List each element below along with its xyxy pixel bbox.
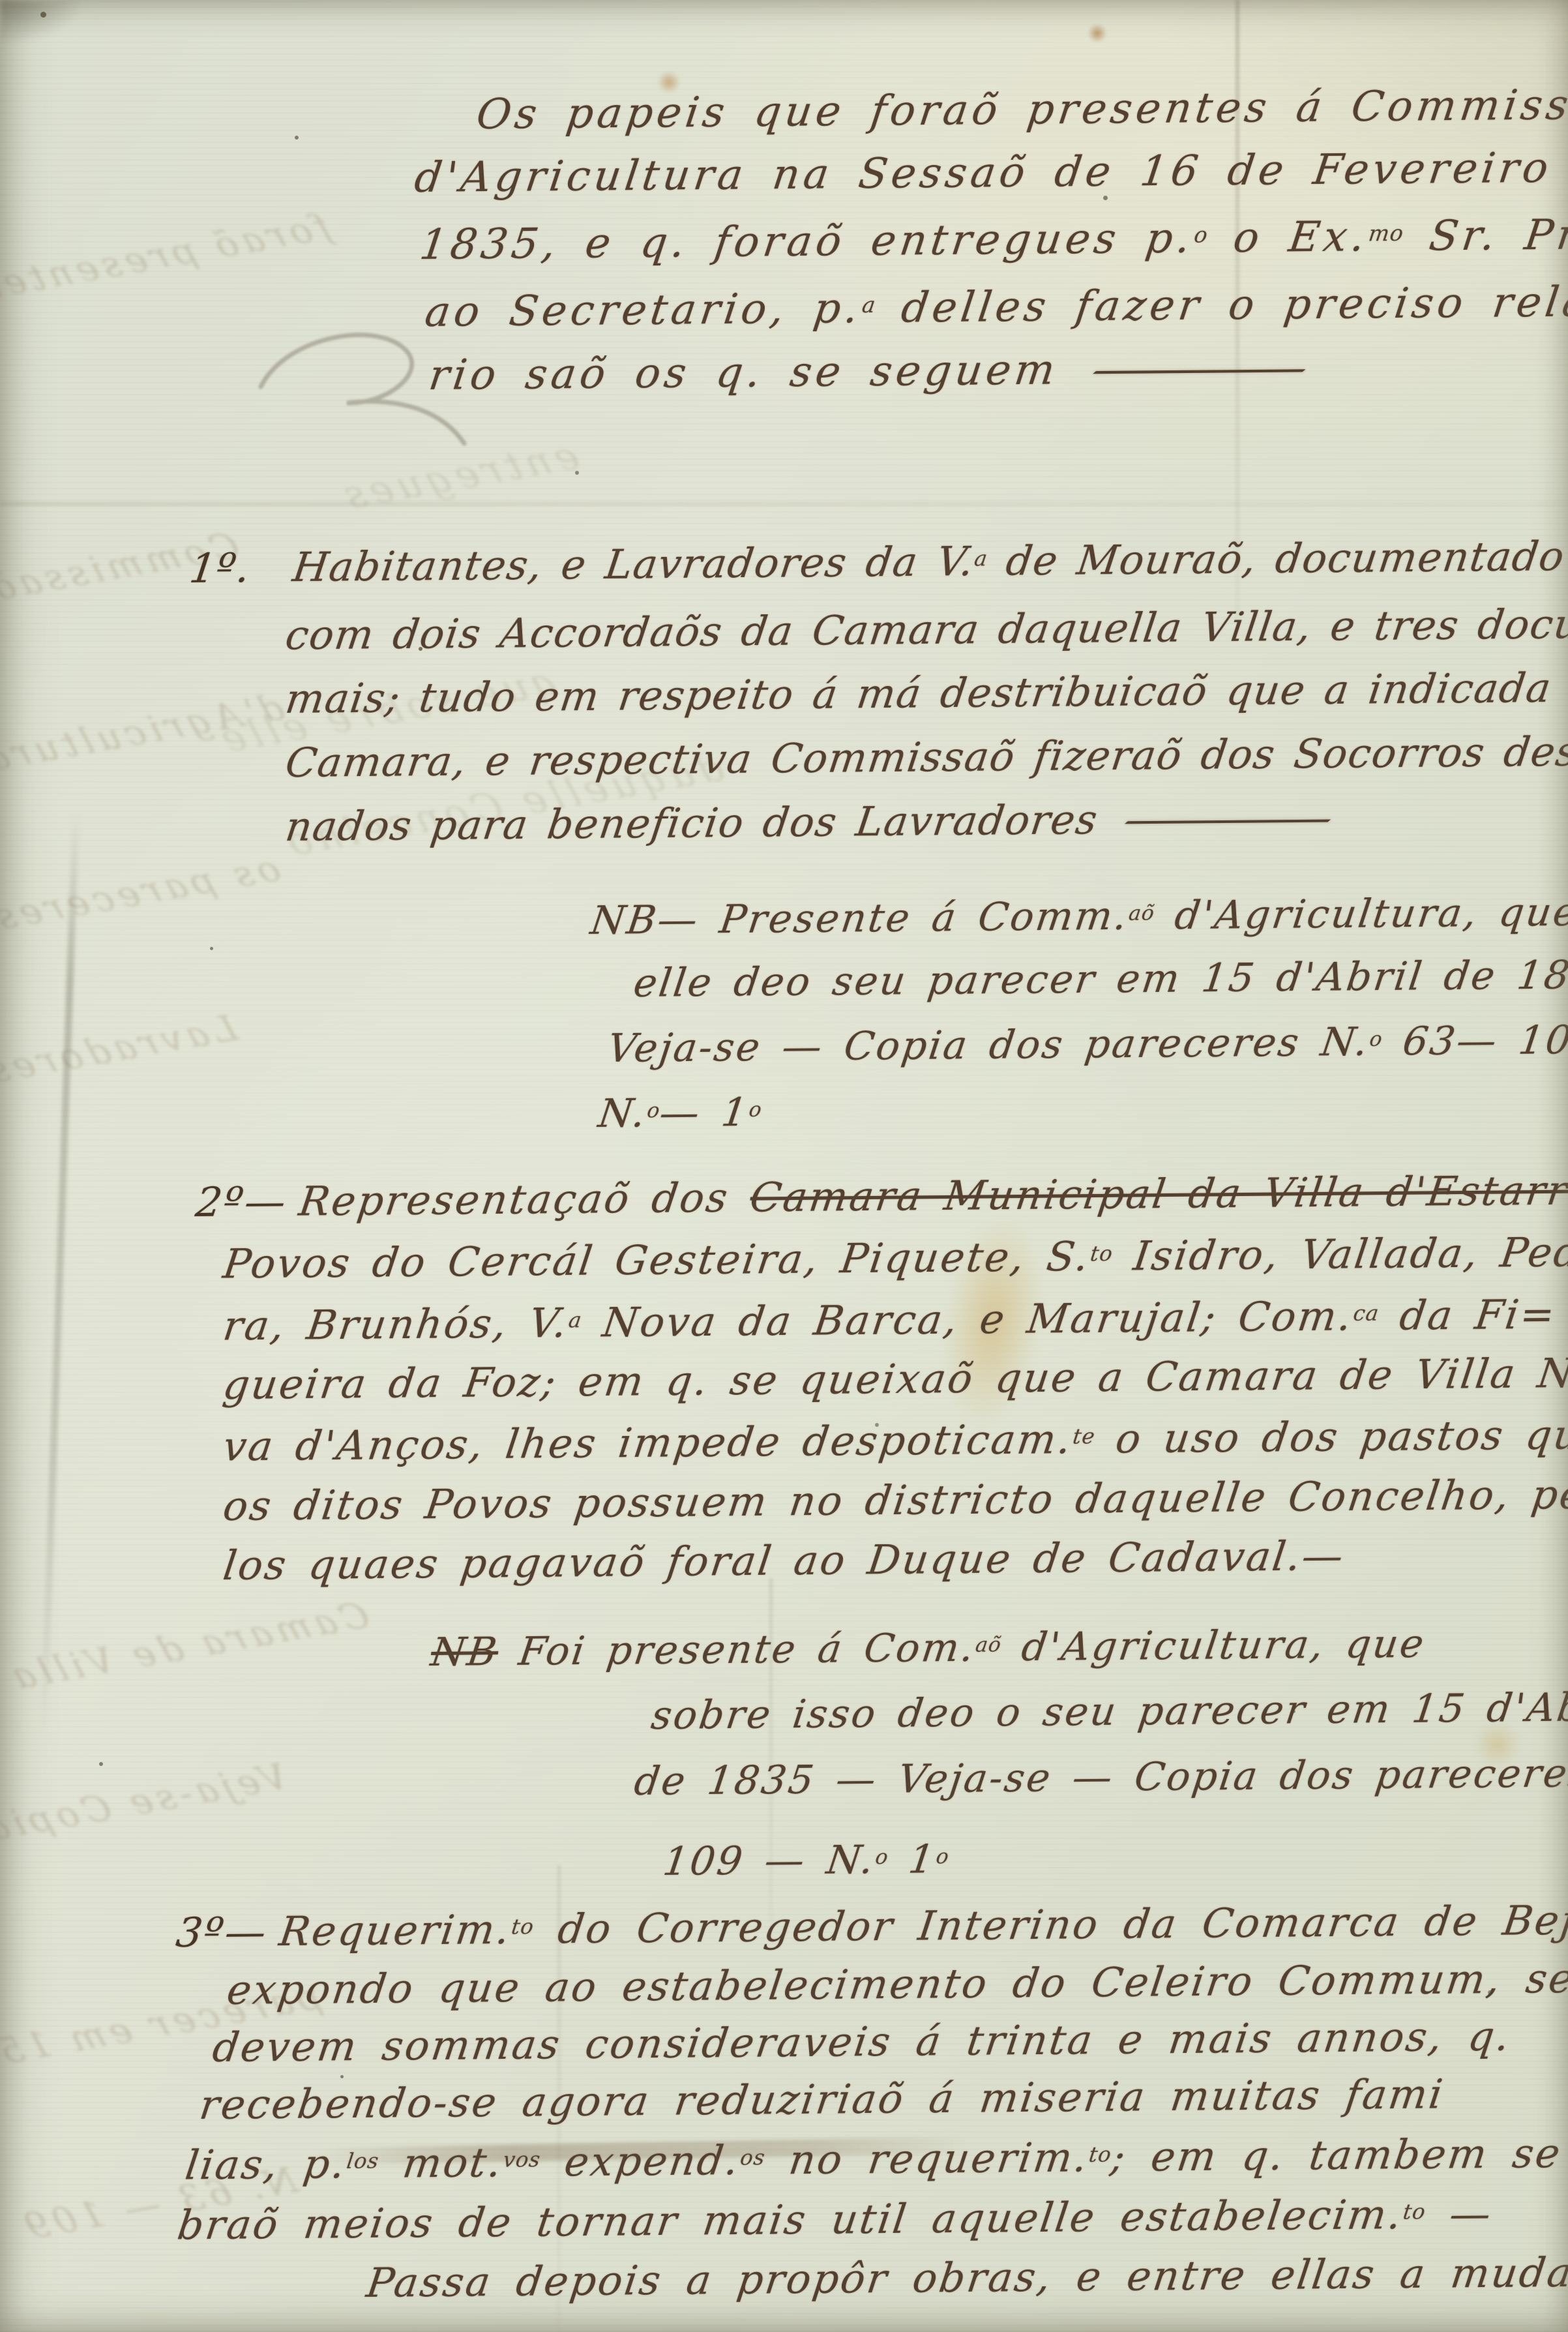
text-segment: recebendo-se agora reduziriaõ á miseria … bbox=[197, 2070, 1447, 2129]
text-segment: 1 bbox=[885, 1836, 939, 1883]
text-segment: NB— Presente á Comm. bbox=[588, 893, 1132, 944]
manuscript-line: 2º—Representaçaõ dos Camara Municipal da… bbox=[192, 1159, 1568, 1232]
text-segment: com dois Accordaõs da Camara daquella Vi… bbox=[283, 599, 1568, 659]
text-segment: — 1 bbox=[657, 1090, 752, 1136]
text-segment: 1835, e q. foraõ entregues p. bbox=[417, 215, 1197, 269]
manuscript-line: N.o— 1o bbox=[595, 1070, 1568, 1145]
text-segment: lias, p. bbox=[183, 2140, 349, 2189]
item-number: 3º— bbox=[173, 1903, 284, 1961]
text-segment: los bbox=[345, 2148, 380, 2173]
text-segment: Veja-se — Copia dos pareceres N. bbox=[605, 1019, 1372, 1071]
text-segment: rio saõ os q. se seguem bbox=[426, 346, 1088, 400]
header-paragraph: Os papeis que foraõ presentes á Commissa… bbox=[411, 83, 1568, 408]
text-segment: Povos do Cercál Gesteira, Piquete, S. bbox=[220, 1233, 1093, 1288]
text-segment: N. bbox=[596, 1090, 650, 1137]
manuscript-line: va d'Anços, lhes impede despoticam.te o … bbox=[220, 1401, 1568, 1476]
nb-note-2: NB Foi presente á Com.aõ d'Agricultura, … bbox=[427, 1619, 1568, 1894]
manuscript-line: 3º—Requerim.to do Corregedor Interino da… bbox=[173, 1887, 1568, 1961]
text-segment: os ditos Povos possuem no districto daqu… bbox=[220, 1470, 1568, 1529]
manuscript-line: 1º.Habitantes, e Lavradores da V.a de Mo… bbox=[186, 520, 1568, 600]
text-segment: los quaes pagavaõ foral ao Duque de Cada… bbox=[220, 1532, 1348, 1589]
manuscript-line: com dois Accordaõs da Camara daquella Vi… bbox=[282, 588, 1568, 667]
text-segment: de 1835 — Veja-se — Copia dos pareceres … bbox=[632, 1750, 1568, 1804]
item-1-paragraph: 1º.Habitantes, e Lavradores da V.a de Mo… bbox=[186, 533, 1568, 859]
text-segment: to bbox=[510, 1914, 535, 1939]
manuscript-line: Camara, e respectiva Commissaõ fizeraõ d… bbox=[282, 719, 1568, 795]
text-segment: elle deo seu parecer em 15 d'Abril de 18… bbox=[631, 951, 1568, 1006]
text-segment: Os papeis que foraõ presentes á Commissa… bbox=[474, 81, 1568, 139]
text-segment: d'Agricultura na Sessaõ de 16 de Feverei… bbox=[412, 143, 1568, 202]
text-segment: o bbox=[935, 1845, 951, 1868]
manuscript-page: foraõ presentesCommissaõd'Agriculturaos … bbox=[0, 0, 1568, 2332]
text-segment: sobre isso deo o seu parecer em 15 d'Abr… bbox=[649, 1684, 1568, 1739]
text-segment: ; em q. tambem se lem bbox=[1108, 2128, 1568, 2180]
manuscript-line: elle deo seu parecer em 15 d'Abril de 18… bbox=[630, 943, 1568, 1015]
nb-note-1: NB— Presente á Comm.aõ d'Agricultura, qu… bbox=[587, 887, 1568, 1145]
text-segment: ao Secretario, p. bbox=[422, 284, 865, 336]
text-segment: vos bbox=[501, 2147, 542, 2172]
text-segment: va d'Anços, lhes impede despoticam. bbox=[220, 1415, 1076, 1470]
text-segment: mais; tudo em respeito á má destribuicaõ… bbox=[283, 664, 1555, 723]
text-segment: o bbox=[748, 1098, 764, 1122]
text-segment: 109 — N. bbox=[660, 1837, 878, 1885]
manuscript-text: Os papeis que foraõ presentes á Commissa… bbox=[0, 0, 1568, 2332]
text-segment: Camara Municipal da Villa d'Estarreja bbox=[747, 1166, 1568, 1221]
text-segment: nados para beneficio dos Lavradores bbox=[283, 796, 1120, 850]
manuscript-line: rio saõ os q. se seguem — bbox=[425, 333, 1568, 408]
manuscript-line: d'Agricultura na Sessaõ de 16 de Feverei… bbox=[411, 136, 1568, 210]
text-segment: to bbox=[1089, 1241, 1114, 1266]
text-segment: NB bbox=[428, 1629, 501, 1675]
text-segment: o uso dos pastos que bbox=[1091, 1411, 1568, 1463]
manuscript-line: ra, Brunhós, V.a Nova da Barca, e Maruja… bbox=[220, 1281, 1568, 1355]
text-segment: — bbox=[1422, 2190, 1495, 2238]
text-segment: ra, Brunhós, V. bbox=[220, 1298, 571, 1349]
manuscript-line: 109 — N.o 1o bbox=[659, 1818, 1568, 1894]
flourish-dash: — bbox=[1080, 336, 1340, 402]
manuscript-line: sobre isso deo o seu parecer em 15 d'Abr… bbox=[647, 1675, 1568, 1748]
text-segment: Sr. Presid. bbox=[1400, 210, 1568, 261]
manuscript-line: NB— Presente á Comm.aõ d'Agricultura, qu… bbox=[587, 877, 1568, 952]
text-segment: gueira da Foz; em q. se queixaõ que a Ca… bbox=[220, 1349, 1568, 1409]
manuscript-line: NB Foi presente á Com.aõ d'Agricultura, … bbox=[427, 1607, 1568, 1684]
manuscript-line: Os papeis que foraõ presentes á Commissa… bbox=[473, 72, 1568, 147]
text-segment: aõ bbox=[1127, 901, 1156, 925]
text-segment: te bbox=[1071, 1424, 1097, 1448]
item-2-paragraph: 2º—Representaçaõ dos Camara Municipal da… bbox=[192, 1173, 1568, 1595]
manuscript-line: ao Secretario, p.a delles fazer o precis… bbox=[421, 266, 1568, 344]
text-segment: Habitantes, e Lavradores da V. bbox=[290, 537, 977, 591]
text-segment: expondo que ao estabelecimento do Celeir… bbox=[224, 1954, 1568, 2013]
text-segment: braõ meios de tornar mais util aquelle e… bbox=[175, 2190, 1406, 2249]
text-segment: do Corregedor Interino da Comarca de Bej… bbox=[531, 1896, 1568, 1952]
item-number: 2º— bbox=[192, 1172, 303, 1232]
manuscript-line: mais; tudo em respeito á má destribuicaõ… bbox=[282, 655, 1568, 731]
flourish-dash: — bbox=[1112, 786, 1349, 852]
manuscript-line: Passa depois a propôr obras, e entre ell… bbox=[363, 2242, 1568, 2311]
manuscript-line: Povos do Cercál Gesteira, Piquete, S.to … bbox=[220, 1219, 1568, 1293]
text-segment: devem sommas consideraveis á trinta e ma… bbox=[210, 2012, 1514, 2070]
text-segment: mo bbox=[1367, 220, 1406, 246]
manuscript-line: gueira da Foz; em q. se queixaõ que a Ca… bbox=[220, 1342, 1568, 1414]
text-segment: to bbox=[1087, 2142, 1113, 2166]
text-segment: Passa depois a propôr obras, e entre ell… bbox=[364, 2247, 1568, 2306]
text-segment: Nova da Barca, e Marujal; Com. bbox=[578, 1292, 1356, 1346]
text-segment: Foi presente á Com. bbox=[496, 1625, 979, 1675]
text-segment: 63— 109— bbox=[1379, 1017, 1568, 1064]
text-segment: expend. bbox=[537, 2136, 743, 2186]
text-segment: Camara, e respectiva Commissaõ fizeraõ d… bbox=[283, 727, 1568, 786]
text-segment: os bbox=[739, 2145, 767, 2170]
text-segment: Isidro, Vallada, Pedriguei bbox=[1110, 1227, 1568, 1280]
text-segment: da Fi= bbox=[1376, 1290, 1560, 1339]
text-segment: ca bbox=[1352, 1300, 1380, 1325]
manuscript-line: nados para beneficio dos Lavradores — bbox=[282, 783, 1568, 859]
manuscript-line: de 1835 — Veja-se — Copia dos pareceres … bbox=[630, 1738, 1568, 1814]
item-number: 1º. bbox=[186, 535, 297, 600]
text-segment: d'Agricultura, que sobre bbox=[1151, 888, 1568, 939]
text-segment: Requerim. bbox=[276, 1906, 514, 1955]
text-segment: aõ bbox=[974, 1633, 1003, 1656]
manuscript-line: Veja-se — Copia dos pareceres N.o 63— 10… bbox=[604, 1005, 1568, 1080]
text-segment: de Mouraõ, documentado bbox=[984, 532, 1568, 585]
text-segment: Representaçaõ dos bbox=[296, 1174, 753, 1225]
text-segment: mot. bbox=[376, 2138, 506, 2187]
text-segment: delles fazer o preciso relato bbox=[872, 278, 1568, 333]
text-segment: o Ex. bbox=[1204, 213, 1371, 262]
manuscript-line: 1835, e q. foraõ entregues p.o o Ex.mo S… bbox=[416, 199, 1568, 277]
text-segment: no requerim. bbox=[762, 2133, 1091, 2183]
text-segment: to bbox=[1402, 2199, 1427, 2224]
text-segment: d'Agricultura, que bbox=[998, 1621, 1428, 1671]
item-3-paragraph: 3º—Requerim.to do Corregedor Interino da… bbox=[173, 1901, 1568, 2312]
